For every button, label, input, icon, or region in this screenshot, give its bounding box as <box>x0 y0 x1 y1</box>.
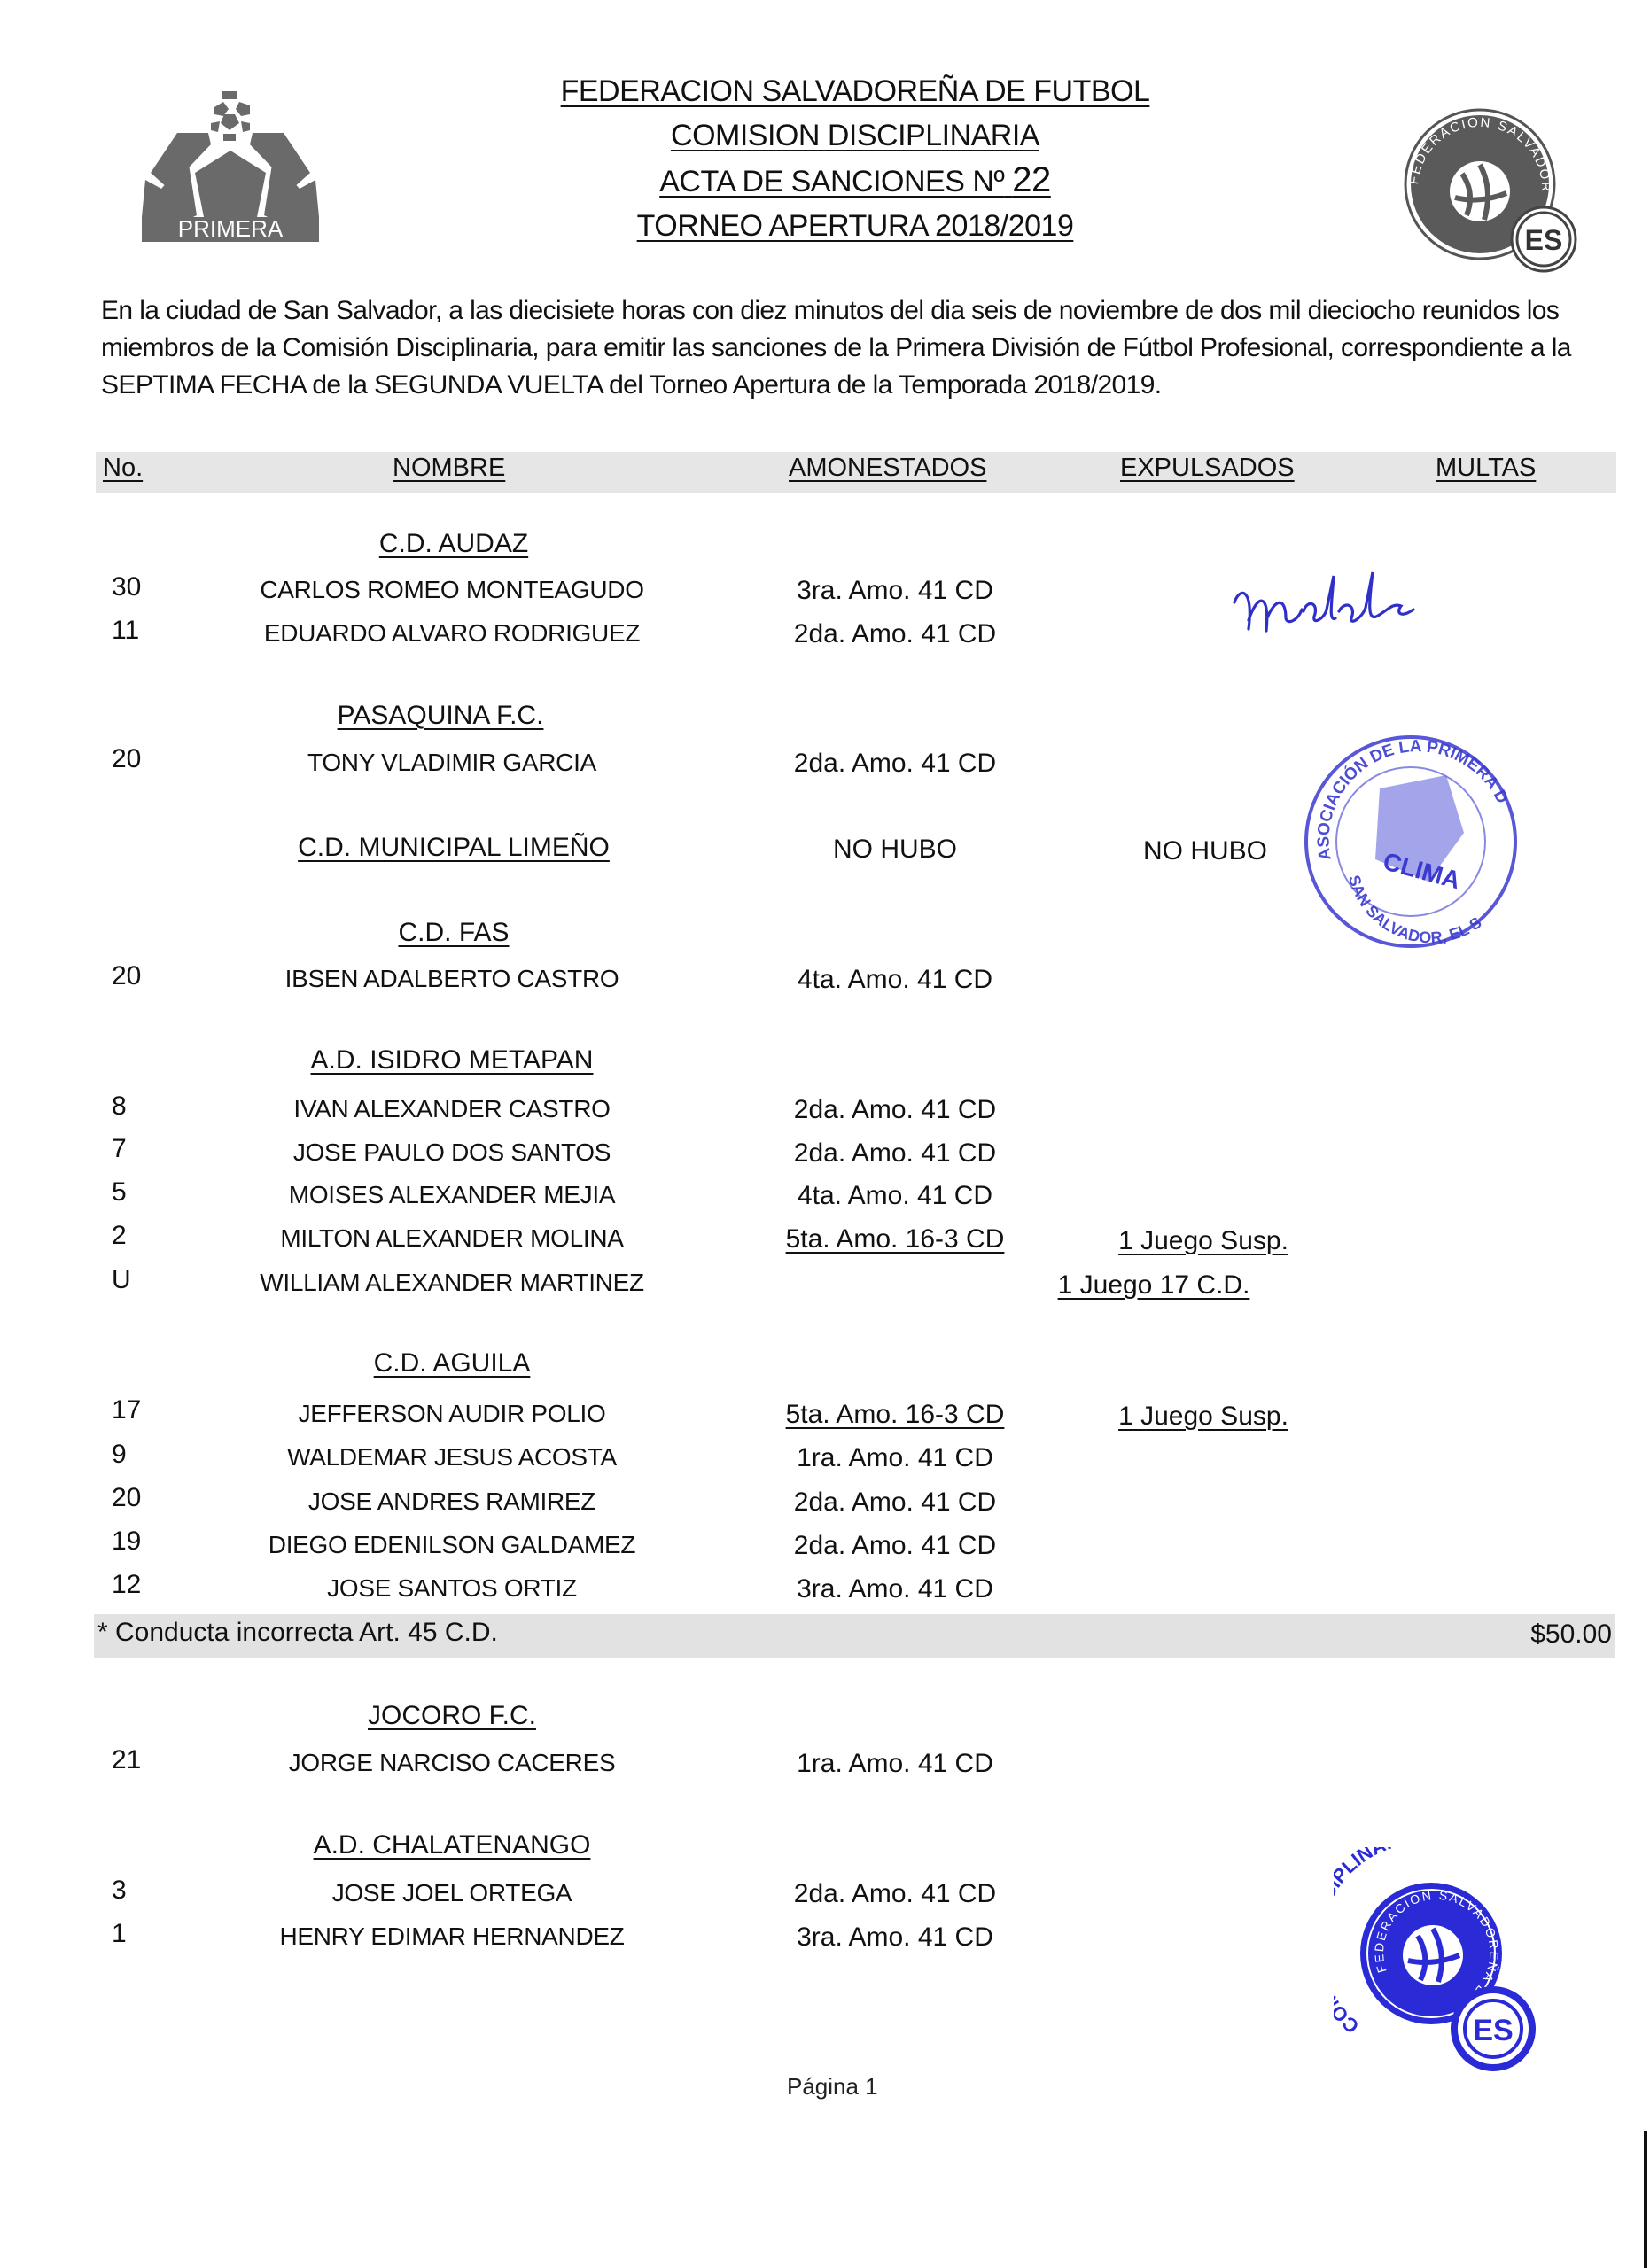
team-heading: C.D. MUNICIPAL LIMEÑO <box>298 833 610 863</box>
federation-title: FEDERACION SALVADOREÑA DE FUTBOL <box>561 74 1150 108</box>
amonestado-value: 4ta. Amo. 41 CD <box>798 1181 992 1211</box>
player-number: 3 <box>112 1876 127 1906</box>
commission-stamp: COMISION DISCIPLINARIA FEDERACION SALVAD… <box>1334 1847 1564 2091</box>
player-number: 20 <box>112 961 141 991</box>
player-number: 5 <box>112 1177 127 1208</box>
player-name: JOSE ANDRES RAMIREZ <box>308 1487 595 1516</box>
player-number: 8 <box>112 1091 127 1122</box>
acta-number: 22 <box>1012 160 1051 199</box>
player-number: 20 <box>112 744 141 774</box>
player-number: 20 <box>112 1483 141 1513</box>
team-heading: A.D. ISIDRO METAPAN <box>311 1045 594 1076</box>
column-header-no: No. <box>103 454 143 483</box>
expulsado-value: 1 Juego Susp. <box>1118 1226 1288 1256</box>
svg-text:ES: ES <box>1473 2014 1513 2047</box>
player-name: IBSEN ADALBERTO CASTRO <box>285 965 619 993</box>
column-header-amonestados: AMONESTADOS <box>789 454 986 483</box>
amonestado-value: 5ta. Amo. 16-3 CD <box>786 1224 1005 1254</box>
tournament-title: TORNEO APERTURA 2018/2019 <box>637 209 1074 243</box>
player-name: JOSE JOEL ORTEGA <box>332 1879 572 1907</box>
player-name: IVAN ALEXANDER CASTRO <box>293 1095 610 1123</box>
player-name: CARLOS ROMEO MONTEAGUDO <box>260 576 643 604</box>
expulsado-value: 1 Juego 17 C.D. <box>1058 1270 1250 1301</box>
player-name: JOSE SANTOS ORTIZ <box>327 1574 577 1603</box>
amonestado-value: 2da. Amo. 41 CD <box>794 1487 996 1518</box>
amonestado-value: 3ra. Amo. 41 CD <box>797 1574 993 1604</box>
handwritten-signature <box>1227 567 1458 647</box>
scan-edge-line <box>1644 2131 1647 2268</box>
federation-crest-icon: FEDERACION SALVADOREÑA DE FUTBOL ES <box>1391 105 1586 282</box>
commission-title: COMISION DISCIPLINARIA <box>671 119 1039 152</box>
amonestado-value: 2da. Amo. 41 CD <box>794 749 996 779</box>
amonestado-value: 2da. Amo. 41 CD <box>794 1879 996 1909</box>
player-number: 1 <box>112 1919 127 1949</box>
player-number: 11 <box>112 616 139 646</box>
column-header-expulsados: EXPULSADOS <box>1120 454 1295 483</box>
svg-text:ES: ES <box>1525 224 1563 256</box>
amonestado-value: 2da. Amo. 41 CD <box>794 619 996 649</box>
player-name: JOSE PAULO DOS SANTOS <box>293 1138 611 1167</box>
team-heading: C.D. FAS <box>398 918 509 948</box>
no-amonestados-note: NO HUBO <box>833 835 957 865</box>
fine-amount: $50.00 <box>1530 1619 1612 1650</box>
document-title-block: FEDERACION SALVADOREÑA DE FUTBOL COMISIO… <box>443 69 1267 248</box>
svg-text:PRIMERA: PRIMERA <box>178 215 284 242</box>
amonestado-value: 2da. Amo. 41 CD <box>794 1138 996 1169</box>
player-name: WILLIAM ALEXANDER MARTINEZ <box>260 1269 644 1297</box>
player-number: 9 <box>112 1440 127 1470</box>
page-number: Página 1 <box>787 2073 878 2101</box>
expulsado-value: 1 Juego Susp. <box>1118 1402 1288 1432</box>
primera-division-logo: PRIMERA <box>133 84 328 244</box>
association-seal-icon: ASOCIACIÓN DE LA PRIMERA DIVISIÓN DE F. … <box>1296 726 1553 957</box>
amonestado-value: 4ta. Amo. 41 CD <box>798 965 992 995</box>
player-name: WALDEMAR JESUS ACOSTA <box>287 1443 617 1472</box>
column-header-nombre: NOMBRE <box>393 454 505 483</box>
team-heading: C.D. AGUILA <box>374 1348 531 1379</box>
amonestado-value: 5ta. Amo. 16-3 CD <box>786 1400 1005 1430</box>
player-name: DIEGO EDENILSON GALDAMEZ <box>269 1531 635 1559</box>
team-heading: JOCORO F.C. <box>368 1701 536 1731</box>
amonestado-value: 2da. Amo. 41 CD <box>794 1095 996 1125</box>
amonestado-value: 1ra. Amo. 41 CD <box>797 1749 993 1779</box>
no-expulsados-note: NO HUBO <box>1143 836 1267 866</box>
commission-seal-icon: COMISION DISCIPLINARIA FEDERACION SALVAD… <box>1334 1847 1564 2086</box>
player-number: 12 <box>112 1570 141 1600</box>
amonestado-value: 2da. Amo. 41 CD <box>794 1531 996 1561</box>
team-heading: A.D. CHALATENANGO <box>314 1830 591 1860</box>
player-name: JEFFERSON AUDIR POLIO <box>299 1400 606 1428</box>
player-number: 7 <box>112 1134 127 1164</box>
fesfut-logo: FEDERACION SALVADOREÑA DE FUTBOL ES <box>1391 105 1586 282</box>
association-stamp: ASOCIACIÓN DE LA PRIMERA DIVISIÓN DE F. … <box>1296 726 1553 961</box>
team-heading: C.D. AUDAZ <box>379 529 528 559</box>
amonestado-value: 3ra. Amo. 41 CD <box>797 576 993 606</box>
acta-title: ACTA DE SANCIONES Nº 22 <box>659 165 1051 198</box>
player-number: 2 <box>112 1221 127 1251</box>
column-header-multas: MULTAS <box>1436 454 1536 483</box>
team-heading: PASAQUINA F.C. <box>338 701 544 731</box>
player-name: JORGE NARCISO CACERES <box>289 1749 616 1777</box>
intro-paragraph: En la ciudad de San Salvador, a las diec… <box>101 292 1625 404</box>
amonestado-value: 1ra. Amo. 41 CD <box>797 1443 993 1473</box>
player-name: MILTON ALEXANDER MOLINA <box>280 1224 623 1253</box>
player-number: 17 <box>112 1395 141 1425</box>
player-name: EDUARDO ALVARO RODRIGUEZ <box>264 619 640 648</box>
player-number: U <box>112 1265 131 1295</box>
player-name: TONY VLADIMIR GARCIA <box>307 749 596 777</box>
player-name: MOISES ALEXANDER MEJIA <box>289 1181 615 1209</box>
player-number: 21 <box>112 1745 141 1775</box>
fine-description: * Conducta incorrecta Art. 45 C.D. <box>97 1618 498 1648</box>
primera-logo-icon: PRIMERA <box>133 84 328 244</box>
player-number: 19 <box>112 1526 141 1557</box>
player-number: 30 <box>112 572 141 602</box>
player-name: HENRY EDIMAR HERNANDEZ <box>279 1922 624 1951</box>
signature-icon <box>1227 567 1458 647</box>
amonestado-value: 3ra. Amo. 41 CD <box>797 1922 993 1953</box>
